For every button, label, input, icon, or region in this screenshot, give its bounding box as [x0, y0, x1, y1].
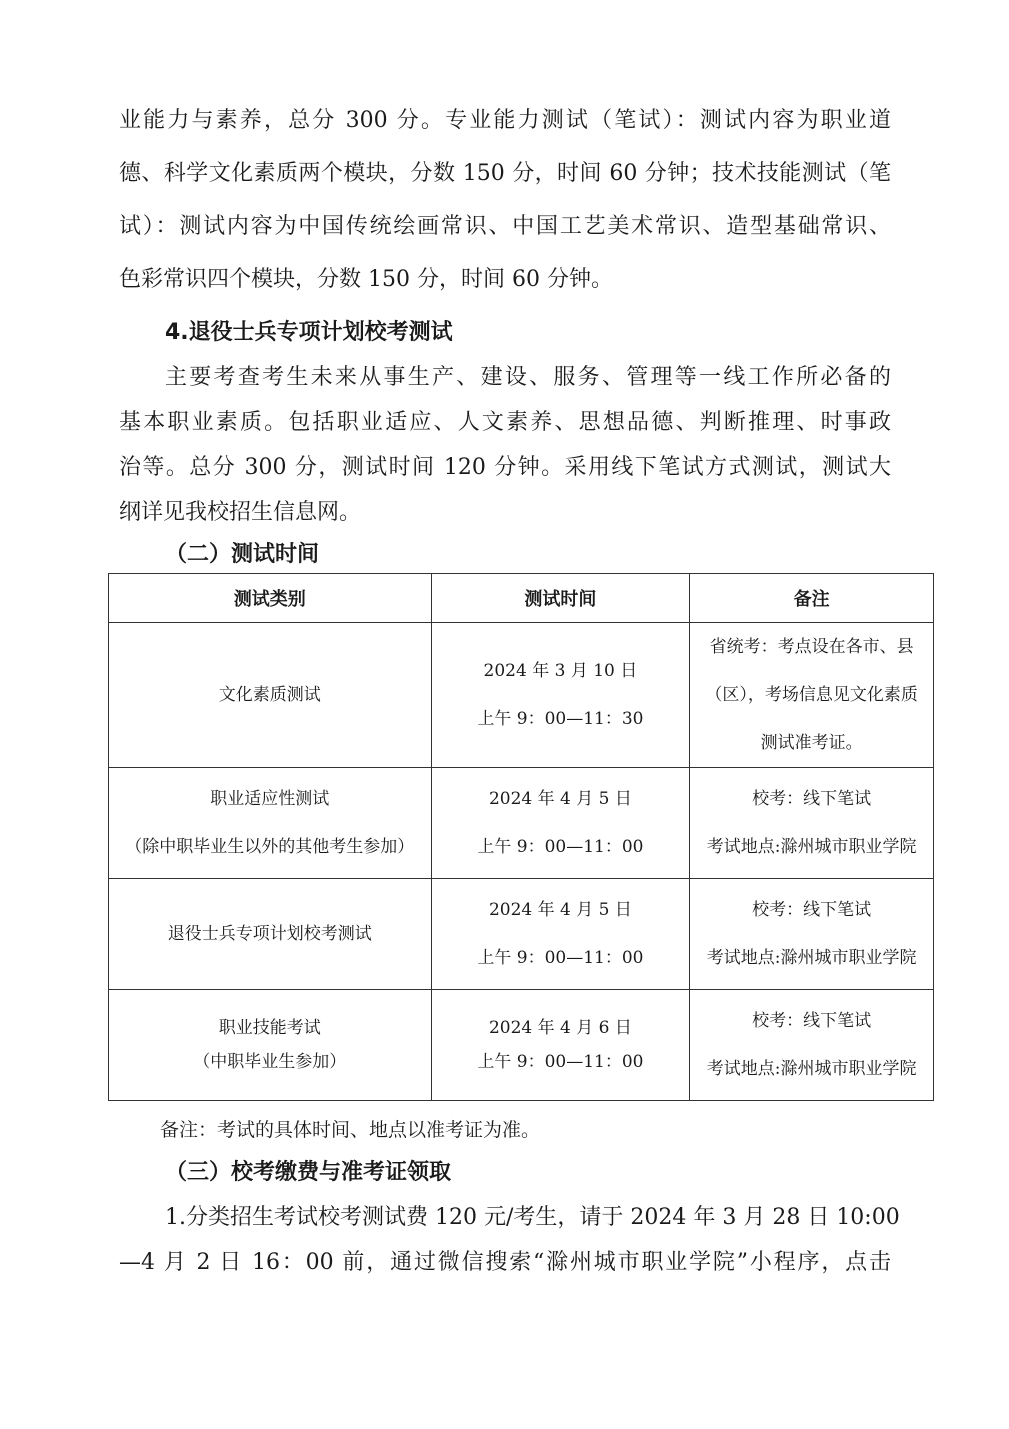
body-text-line: 业能力与素养，总分 300 分。专业能力测试（笔试）：测试内容为职业道 [119, 106, 891, 136]
remark-text: 校考：线下笔试 [690, 886, 933, 934]
category-text: 退役士兵专项计划校考测试 [109, 910, 431, 958]
body-text-line: 试）：测试内容为中国传统绘画常识、中国工艺美术常识、造型基础常识、 [119, 212, 891, 242]
cell-remark: 校考：线下笔试 考试地点:滁州城市职业学院 [690, 879, 934, 990]
category-text: 职业技能考试 [109, 1011, 431, 1045]
cell-remark: 省统考：考点设在各市、县 （区），考场信息见文化素质 测试准考证。 [690, 623, 934, 768]
table-note: 备注：考试的具体时间、地点以准考证为准。 [160, 1115, 540, 1145]
cell-remark: 校考：线下笔试 考试地点:滁州城市职业学院 [690, 768, 934, 879]
test-schedule-table: 测试类别 测试时间 备注 文化素质测试 2024 年 3 月 10 日 上午 9… [108, 573, 934, 1101]
body-text-line: 德、科学文化素质两个模块，分数 150 分，时间 60 分钟；技术技能测试（笔 [119, 159, 891, 189]
cell-remark: 校考：线下笔试 考试地点:滁州城市职业学院 [690, 990, 934, 1101]
cell-time: 2024 年 4 月 5 日 上午 9：00—11：00 [431, 879, 690, 990]
cell-category: 职业适应性测试 （除中职毕业生以外的其他考生参加） [109, 768, 432, 879]
time-text: 上午 9：00—11：00 [432, 1045, 690, 1079]
date-text: 2024 年 4 月 6 日 [432, 1011, 690, 1045]
subsection-heading: 4.退役士兵专项计划校考测试 [165, 318, 453, 348]
remark-text: 考试地点:滁州城市职业学院 [690, 823, 933, 871]
table-row: 职业技能考试 （中职毕业生参加） 2024 年 4 月 6 日 上午 9：00—… [109, 990, 934, 1101]
time-text: 上午 9：00—11：00 [432, 934, 690, 982]
table-row: 退役士兵专项计划校考测试 2024 年 4 月 5 日 上午 9：00—11：0… [109, 879, 934, 990]
date-text: 2024 年 4 月 5 日 [432, 886, 690, 934]
category-text: 职业适应性测试 [109, 775, 431, 823]
cell-time: 2024 年 4 月 6 日 上午 9：00—11：00 [431, 990, 690, 1101]
section-title: （三）校考缴费与准考证领取 [165, 1158, 451, 1188]
cell-time: 2024 年 4 月 5 日 上午 9：00—11：00 [431, 768, 690, 879]
table-row: 职业适应性测试 （除中职毕业生以外的其他考生参加） 2024 年 4 月 5 日… [109, 768, 934, 879]
remark-text: （区），考场信息见文化素质 [690, 671, 933, 719]
header-remark: 备注 [690, 574, 934, 623]
cell-category: 职业技能考试 （中职毕业生参加） [109, 990, 432, 1101]
remark-text: 考试地点:滁州城市职业学院 [690, 934, 933, 982]
remark-text: 校考：线下笔试 [690, 775, 933, 823]
cell-time: 2024 年 3 月 10 日 上午 9：00—11：30 [431, 623, 690, 768]
cell-category: 文化素质测试 [109, 623, 432, 768]
remark-text: 校考：线下笔试 [690, 997, 933, 1045]
category-text: 文化素质测试 [109, 671, 431, 719]
cell-category: 退役士兵专项计划校考测试 [109, 879, 432, 990]
remark-text: 考试地点:滁州城市职业学院 [690, 1045, 933, 1093]
body-text-line: 主要考查考生未来从事生产、建设、服务、管理等一线工作所必备的 [165, 363, 891, 393]
category-note: （除中职毕业生以外的其他考生参加） [109, 823, 431, 871]
body-text-line: 色彩常识四个模块，分数 150 分，时间 60 分钟。 [119, 265, 613, 295]
table-row: 文化素质测试 2024 年 3 月 10 日 上午 9：00—11：30 省统考… [109, 623, 934, 768]
time-text: 上午 9：00—11：00 [432, 823, 690, 871]
section-title: （二）测试时间 [165, 540, 319, 570]
category-note: （中职毕业生参加） [109, 1045, 431, 1079]
body-text-line: 基本职业素质。包括职业适应、人文素养、思想品德、判断推理、时事政 [119, 408, 891, 438]
table-header-row: 测试类别 测试时间 备注 [109, 574, 934, 623]
time-text: 上午 9：00—11：30 [432, 695, 690, 743]
remark-text: 省统考：考点设在各市、县 [690, 623, 933, 671]
remark-text: 测试准考证。 [690, 719, 933, 767]
date-text: 2024 年 4 月 5 日 [432, 775, 690, 823]
date-text: 2024 年 3 月 10 日 [432, 647, 690, 695]
body-text-line: —4 月 2 日 16：00 前，通过微信搜索“滁州城市职业学院”小程序，点击 [119, 1248, 891, 1278]
body-text-line: 治等。总分 300 分，测试时间 120 分钟。采用线下笔试方式测试，测试大 [119, 453, 891, 483]
header-category: 测试类别 [109, 574, 432, 623]
body-text-line: 1.分类招生考试校考测试费 120 元/考生，请于 2024 年 3 月 28 … [165, 1203, 891, 1233]
body-text-line: 纲详见我校招生信息网。 [119, 498, 361, 528]
header-time: 测试时间 [431, 574, 690, 623]
